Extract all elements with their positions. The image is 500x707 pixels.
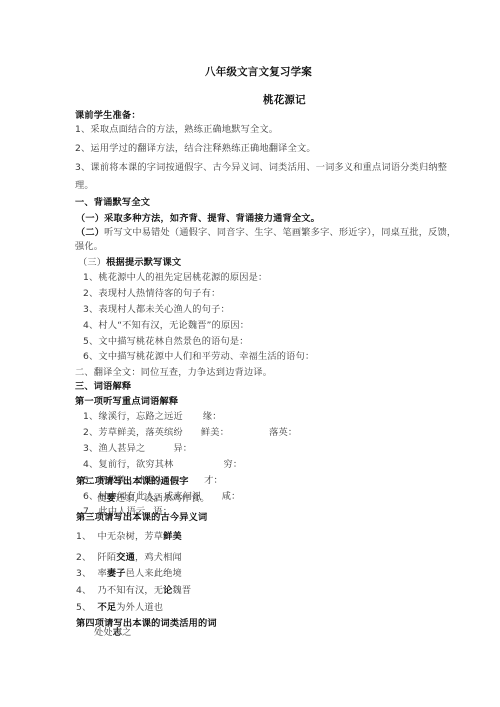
vocab-blank: 才： bbox=[204, 475, 223, 486]
vocab-phrase: 1、缘溪行，忘路之远近 bbox=[83, 411, 183, 422]
part2-post: 还家，设酒杀鸡作食。 bbox=[116, 493, 210, 504]
prep-item-3: 3、课前将本课的字词按通假字、古今异义词、词类活用、一词多义和重点词语分类归纳整 bbox=[75, 162, 447, 174]
part2-heading: 第二项请写出本课的通假字 bbox=[76, 476, 189, 488]
item-pre: 率 bbox=[97, 568, 106, 579]
section1-sub3-text: 根据提示默写课文 bbox=[106, 257, 181, 268]
item-num: 3、 bbox=[76, 568, 91, 579]
section1-sub2: （二）听写文中易错处（通假字、同音字、生字、笔画繁多字、形近字），同桌互批，反馈… bbox=[76, 227, 456, 239]
part3-item-2: 2、阡陌交通，鸡犬相闻 bbox=[76, 552, 182, 564]
vocab-phrase: 2、芳草鲜美，落英缤纷 bbox=[83, 427, 183, 438]
vocab-blank: 落英： bbox=[269, 427, 297, 438]
section1-sub3: （三）根据提示默写课文 bbox=[78, 257, 181, 269]
section1-sub3-label: （三） bbox=[78, 257, 106, 268]
vocab-blank: 咸： bbox=[222, 491, 241, 502]
item-bold: 交通 bbox=[116, 552, 135, 563]
vocab-row-4: 4、复前行，欲穷其林穷： bbox=[83, 459, 242, 471]
document-title: 八年级文言文复习学案 bbox=[205, 66, 312, 78]
vocab-blank: 缘： bbox=[203, 411, 222, 422]
part4-bold: 志 bbox=[113, 627, 122, 638]
vocab-blank: 鲜美： bbox=[201, 427, 229, 438]
item-num: 4、 bbox=[76, 585, 91, 596]
item-bold: 鲜美 bbox=[163, 531, 182, 542]
document-subtitle: 桃花源记 bbox=[263, 94, 306, 106]
part3-heading: 第三项请写出本课的古今异义词 bbox=[76, 512, 207, 524]
part4-pre: 处处 bbox=[94, 627, 113, 638]
part4-line: 处处志之 bbox=[94, 627, 132, 639]
section1-sub1: （一）采取多种方法，如齐背、提背、背诵接力通背全文。 bbox=[76, 213, 320, 225]
vocab-row-1: 1、缘溪行，忘路之远近缘： bbox=[83, 411, 222, 423]
vocab-phrase: 4、复前行，欲穷其林 bbox=[83, 459, 174, 470]
recite-item-6: 6、文中描写桃花源中人们和平劳动、幸福生活的语句： bbox=[83, 351, 314, 363]
vocab-row-2: 2、芳草鲜美，落英缤纷鲜美：落英： bbox=[83, 427, 297, 439]
item-bold: 不足 bbox=[97, 602, 116, 613]
part2-pre: 便 bbox=[97, 493, 106, 504]
item-bold: 妻子 bbox=[107, 568, 126, 579]
item-post: ，鸡犬相闻 bbox=[135, 552, 182, 563]
item-bold: 论 bbox=[163, 585, 172, 596]
prep-item-3-cont: 理。 bbox=[75, 180, 94, 192]
vocab-blank: 异： bbox=[173, 443, 192, 454]
part3-item-5: 5、不足为外人道也 bbox=[76, 602, 163, 614]
part3-item-4: 4、乃不知有汉，无论魏晋 bbox=[76, 585, 191, 597]
vocab-row-3: 3、渔人甚异之异： bbox=[83, 443, 192, 455]
part4-post: 之 bbox=[122, 627, 131, 638]
item-post: 为外人道也 bbox=[116, 602, 163, 613]
item-num: 5、 bbox=[76, 602, 91, 613]
prep-item-2: 2、运用学过的翻译方法，结合注释熟练正确地翻译全文。 bbox=[75, 143, 316, 155]
section1-sub2-cont: 强化。 bbox=[75, 241, 103, 253]
item-pre: 乃不知有汉，无 bbox=[97, 585, 163, 596]
prep-item-1: 1、采取点面结合的方法，熟练正确地默写全文。 bbox=[75, 124, 278, 136]
recite-item-4: 4、村人“不知有汉，无论魏晋”的原因： bbox=[83, 320, 249, 332]
part3-item-1: 1、中无杂树，芳草鲜美 bbox=[76, 531, 182, 543]
section1-sub2-text: 听写文中易错处（通假字、同音字、生字、笔画繁多字、形近字），同桌互批，反馈， bbox=[104, 227, 456, 238]
part1-heading: 第一项听写重点词语解释 bbox=[75, 396, 178, 408]
part3-item-3: 3、率妻子邑人来此绝境 bbox=[76, 568, 182, 580]
recite-item-1: 1、桃花源中人的祖先定居桃花源的原因是： bbox=[83, 272, 267, 284]
section1-sub2-label: （二） bbox=[76, 227, 104, 238]
part2-line: 便要还家，设酒杀鸡作食。 bbox=[97, 493, 210, 505]
item-post: 邑人来此绝境 bbox=[126, 568, 182, 579]
item-pre: 中无杂树，芳草 bbox=[97, 531, 163, 542]
section3-heading: 三、词语解释 bbox=[75, 381, 131, 393]
recite-item-5: 5、文中描写桃花林自然景色的语句是： bbox=[83, 336, 249, 348]
item-post: 魏晋 bbox=[173, 585, 192, 596]
vocab-blank: 穷： bbox=[224, 459, 243, 470]
vocab-phrase: 3、渔人甚异之 bbox=[83, 443, 145, 454]
item-pre: 阡陌 bbox=[97, 552, 116, 563]
part2-bold: 要 bbox=[106, 493, 115, 504]
item-num: 2、 bbox=[76, 552, 91, 563]
recite-item-3: 3、表现村人都未关心渔人的句子： bbox=[83, 304, 230, 316]
recite-item-2: 2、表现村人热情待客的句子有： bbox=[83, 288, 220, 300]
section1-heading: 一、背诵默写全文 bbox=[75, 197, 150, 209]
prep-heading: 课前学生准备： bbox=[75, 110, 141, 122]
item-num: 1、 bbox=[76, 531, 91, 542]
section2-heading: 二、翻译全文：同位互查，力争达到边背边译。 bbox=[75, 367, 272, 379]
